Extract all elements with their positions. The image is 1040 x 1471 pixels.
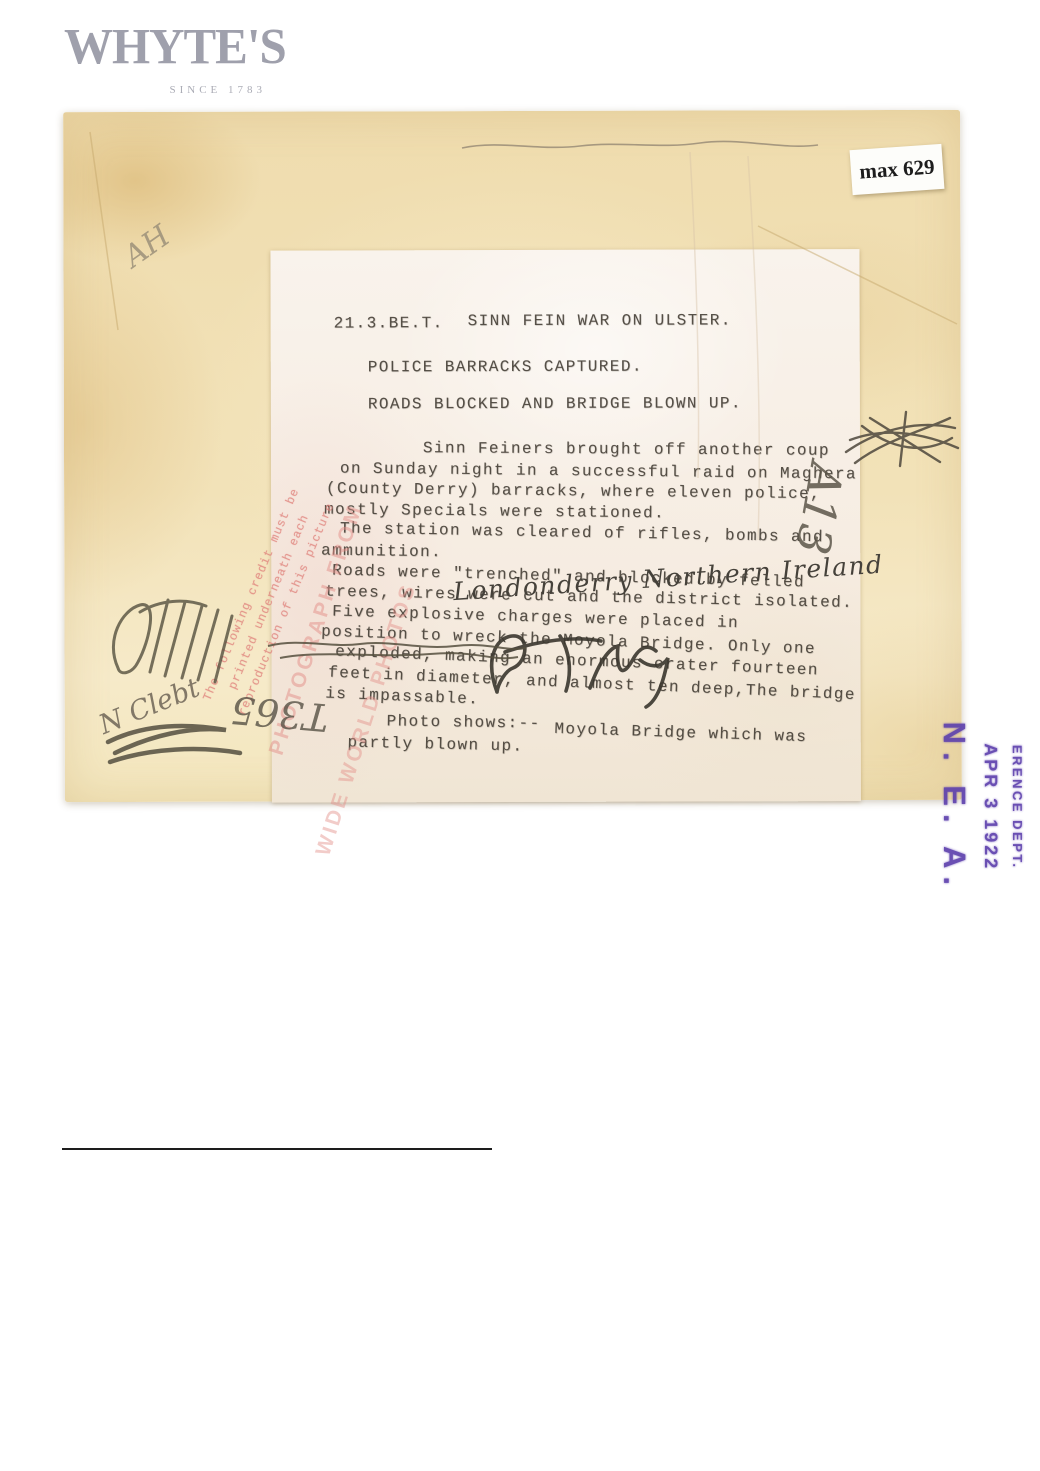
photo-verso-scan: 21.3.BE.T. SINN FEIN WAR ON ULSTER. POLI…	[63, 110, 962, 802]
caption-subhead-2: ROADS BLOCKED AND BRIDGE BLOWN UP.	[368, 394, 742, 413]
lot-number-text: max 629	[859, 154, 936, 184]
caption-ref-number: 21.3.BE.T.	[334, 314, 444, 332]
caption-headline: SINN FEIN WAR ON ULSTER.	[468, 311, 732, 330]
caption-body-line: Sinn Feiners brought off another coup	[423, 439, 830, 459]
handwritten-inverted-code: T365	[229, 687, 330, 739]
reference-dept-stamp: ERENCE DEPT. APR 3 1922 N. E. A.	[900, 710, 1026, 905]
ref-stamp-dept-line: ERENCE DEPT.	[1010, 710, 1026, 905]
logo-wordmark: WHYTE'S	[64, 21, 274, 72]
caption-photo-shows-text: partly blown up.	[347, 733, 523, 755]
caption-body-line: (County Derry) barracks, where eleven po…	[326, 479, 821, 503]
footnote-rule	[62, 1148, 492, 1150]
logo-tagline: SINCE 1783	[169, 84, 266, 96]
catalog-page: WHYTE'S SINCE 1783 21.3.BE.T. SINN FEIN …	[0, 0, 1040, 1471]
whytes-logo: WHYTE'S SINCE 1783	[64, 22, 274, 71]
lot-number-label: max 629	[850, 144, 945, 195]
handwritten-initials: AH	[117, 218, 176, 274]
caption-photo-shows-text: Moyola Bridge which was	[554, 720, 807, 746]
caption-subhead-1: POLICE BARRACKS CAPTURED.	[368, 358, 643, 377]
caption-body-line: is impassable.	[325, 684, 480, 708]
caption-body-line: mostly Specials were stationed.	[324, 500, 665, 522]
ref-stamp-date-line: APR 3 1922	[980, 710, 1002, 905]
caption-photo-shows-label: Photo shows:--	[386, 712, 540, 732]
ref-stamp-agency-line: N. E. A.	[936, 710, 973, 905]
